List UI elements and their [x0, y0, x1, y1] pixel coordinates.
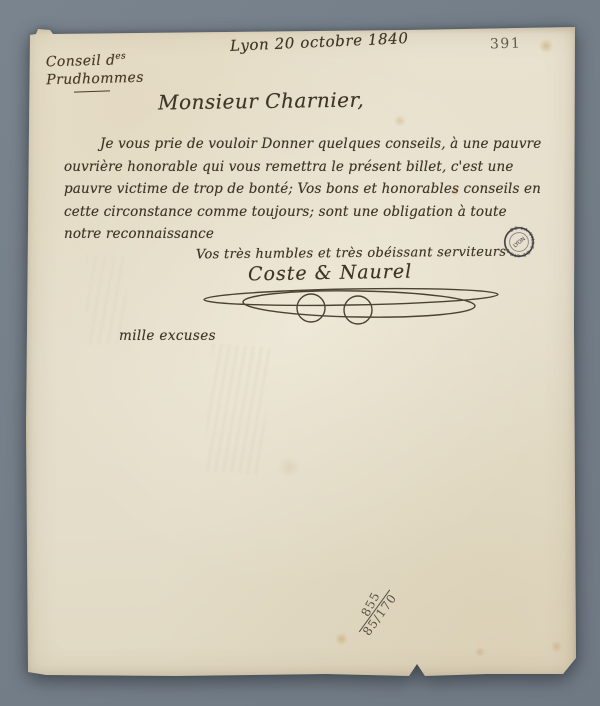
foxing-stain: [538, 39, 554, 53]
corner-note-line2: Prudhommes: [46, 69, 144, 88]
dateline: Lyon 20 octobre 1840: [230, 29, 409, 55]
folio-page-number: 391: [490, 35, 522, 52]
paper-sheet: Conseil des Prudhommes Lyon 20 octobre 1…: [26, 27, 576, 679]
foxing-stain: [276, 457, 302, 477]
foxing-stain: [334, 633, 349, 645]
stamp-center-text: LYON: [513, 236, 527, 249]
closing-formula: Vos très humbles et très obéissant servi…: [196, 245, 506, 263]
body-line: notre reconnaissance: [64, 223, 550, 246]
foxing-stain: [550, 641, 563, 652]
scan-background: { "page": { "background_color": "#747e88…: [0, 0, 600, 706]
body-line: cette circonstance comme toujours; sont …: [64, 201, 550, 224]
letter-body: Je vous prie de vouloir Donner quelques …: [64, 133, 550, 246]
signature-flourish: [201, 278, 501, 326]
body-line: Je vous prie de vouloir Donner quelques …: [64, 133, 550, 156]
postscript: mille excuses: [119, 328, 216, 344]
corner-note-line1: Conseil des: [46, 52, 127, 70]
foxing-stain: [394, 115, 406, 127]
letter-page: Conseil des Prudhommes Lyon 20 octobre 1…: [26, 27, 576, 679]
archivist-corner-note: Conseil des Prudhommes: [45, 47, 144, 89]
ink-bleedthrough: [204, 343, 271, 475]
pencil-shelfmark: 855 85/170: [351, 583, 398, 641]
corner-note-underline: [74, 90, 110, 92]
salutation: Monsieur Charnier,: [158, 88, 365, 115]
body-line: ouvrière honorable qui vous remettra le …: [64, 156, 550, 179]
foxing-stain: [474, 647, 486, 657]
body-line: pauvre victime de trop de bonté; Vos bon…: [64, 178, 550, 201]
signature: Coste & Naurel: [248, 261, 413, 286]
